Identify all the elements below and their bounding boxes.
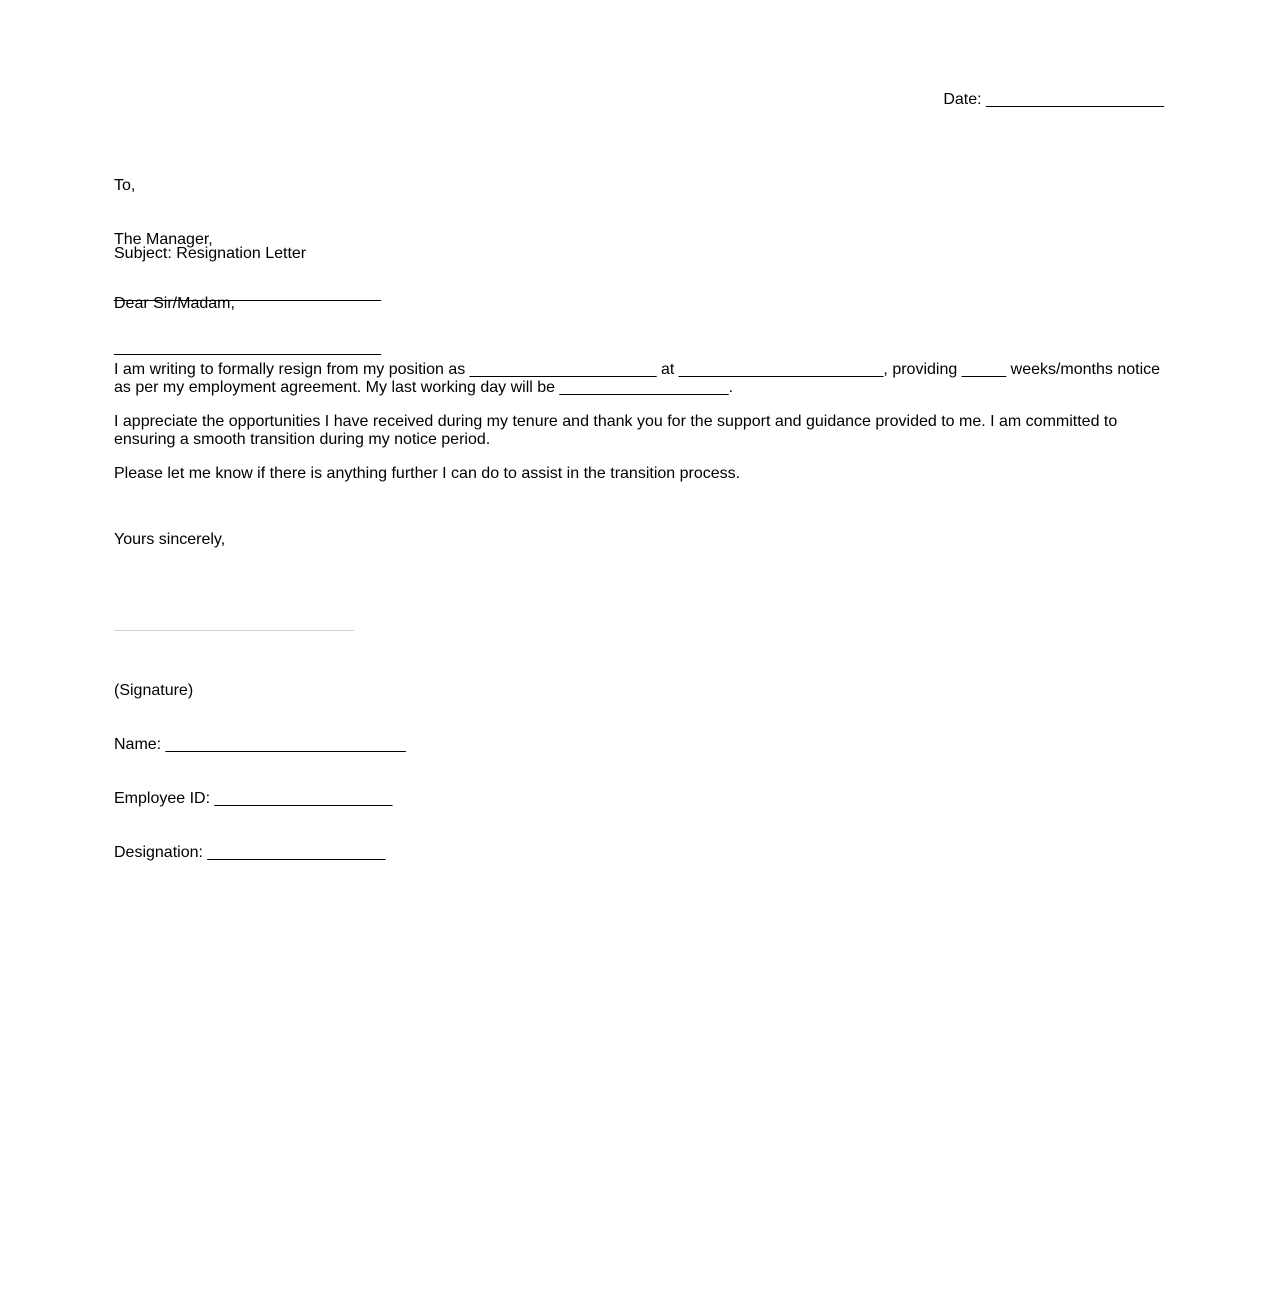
salutation: Dear Sir/Madam, [114, 295, 235, 313]
body-paragraph-3: Please let me know if there is anything … [114, 465, 740, 483]
closing: Yours sincerely, [114, 531, 225, 549]
signature-label: (Signature) [114, 682, 406, 700]
designation-field: Designation: ____________________ [114, 844, 406, 862]
body-paragraph-2: I appreciate the opportunities I have re… [114, 413, 1124, 449]
signature-block: (Signature) Name: ______________________… [114, 646, 406, 898]
date-blank: ____________________ [986, 91, 1164, 108]
signature-line [114, 630, 354, 631]
date-label: Date: [943, 91, 986, 108]
name-field: Name: ___________________________ [114, 736, 406, 754]
body-paragraph-1: I am writing to formally resign from my … [114, 361, 1164, 397]
recipient-address-line-2: ______________________________ [114, 339, 381, 357]
recipient-block: To, The Manager, _______________________… [114, 141, 381, 393]
recipient-to: To, [114, 177, 381, 195]
subject-line: Subject: Resignation Letter [114, 245, 306, 263]
date-field: Date: ____________________ [943, 91, 1164, 109]
employee-id-field: Employee ID: ____________________ [114, 790, 406, 808]
